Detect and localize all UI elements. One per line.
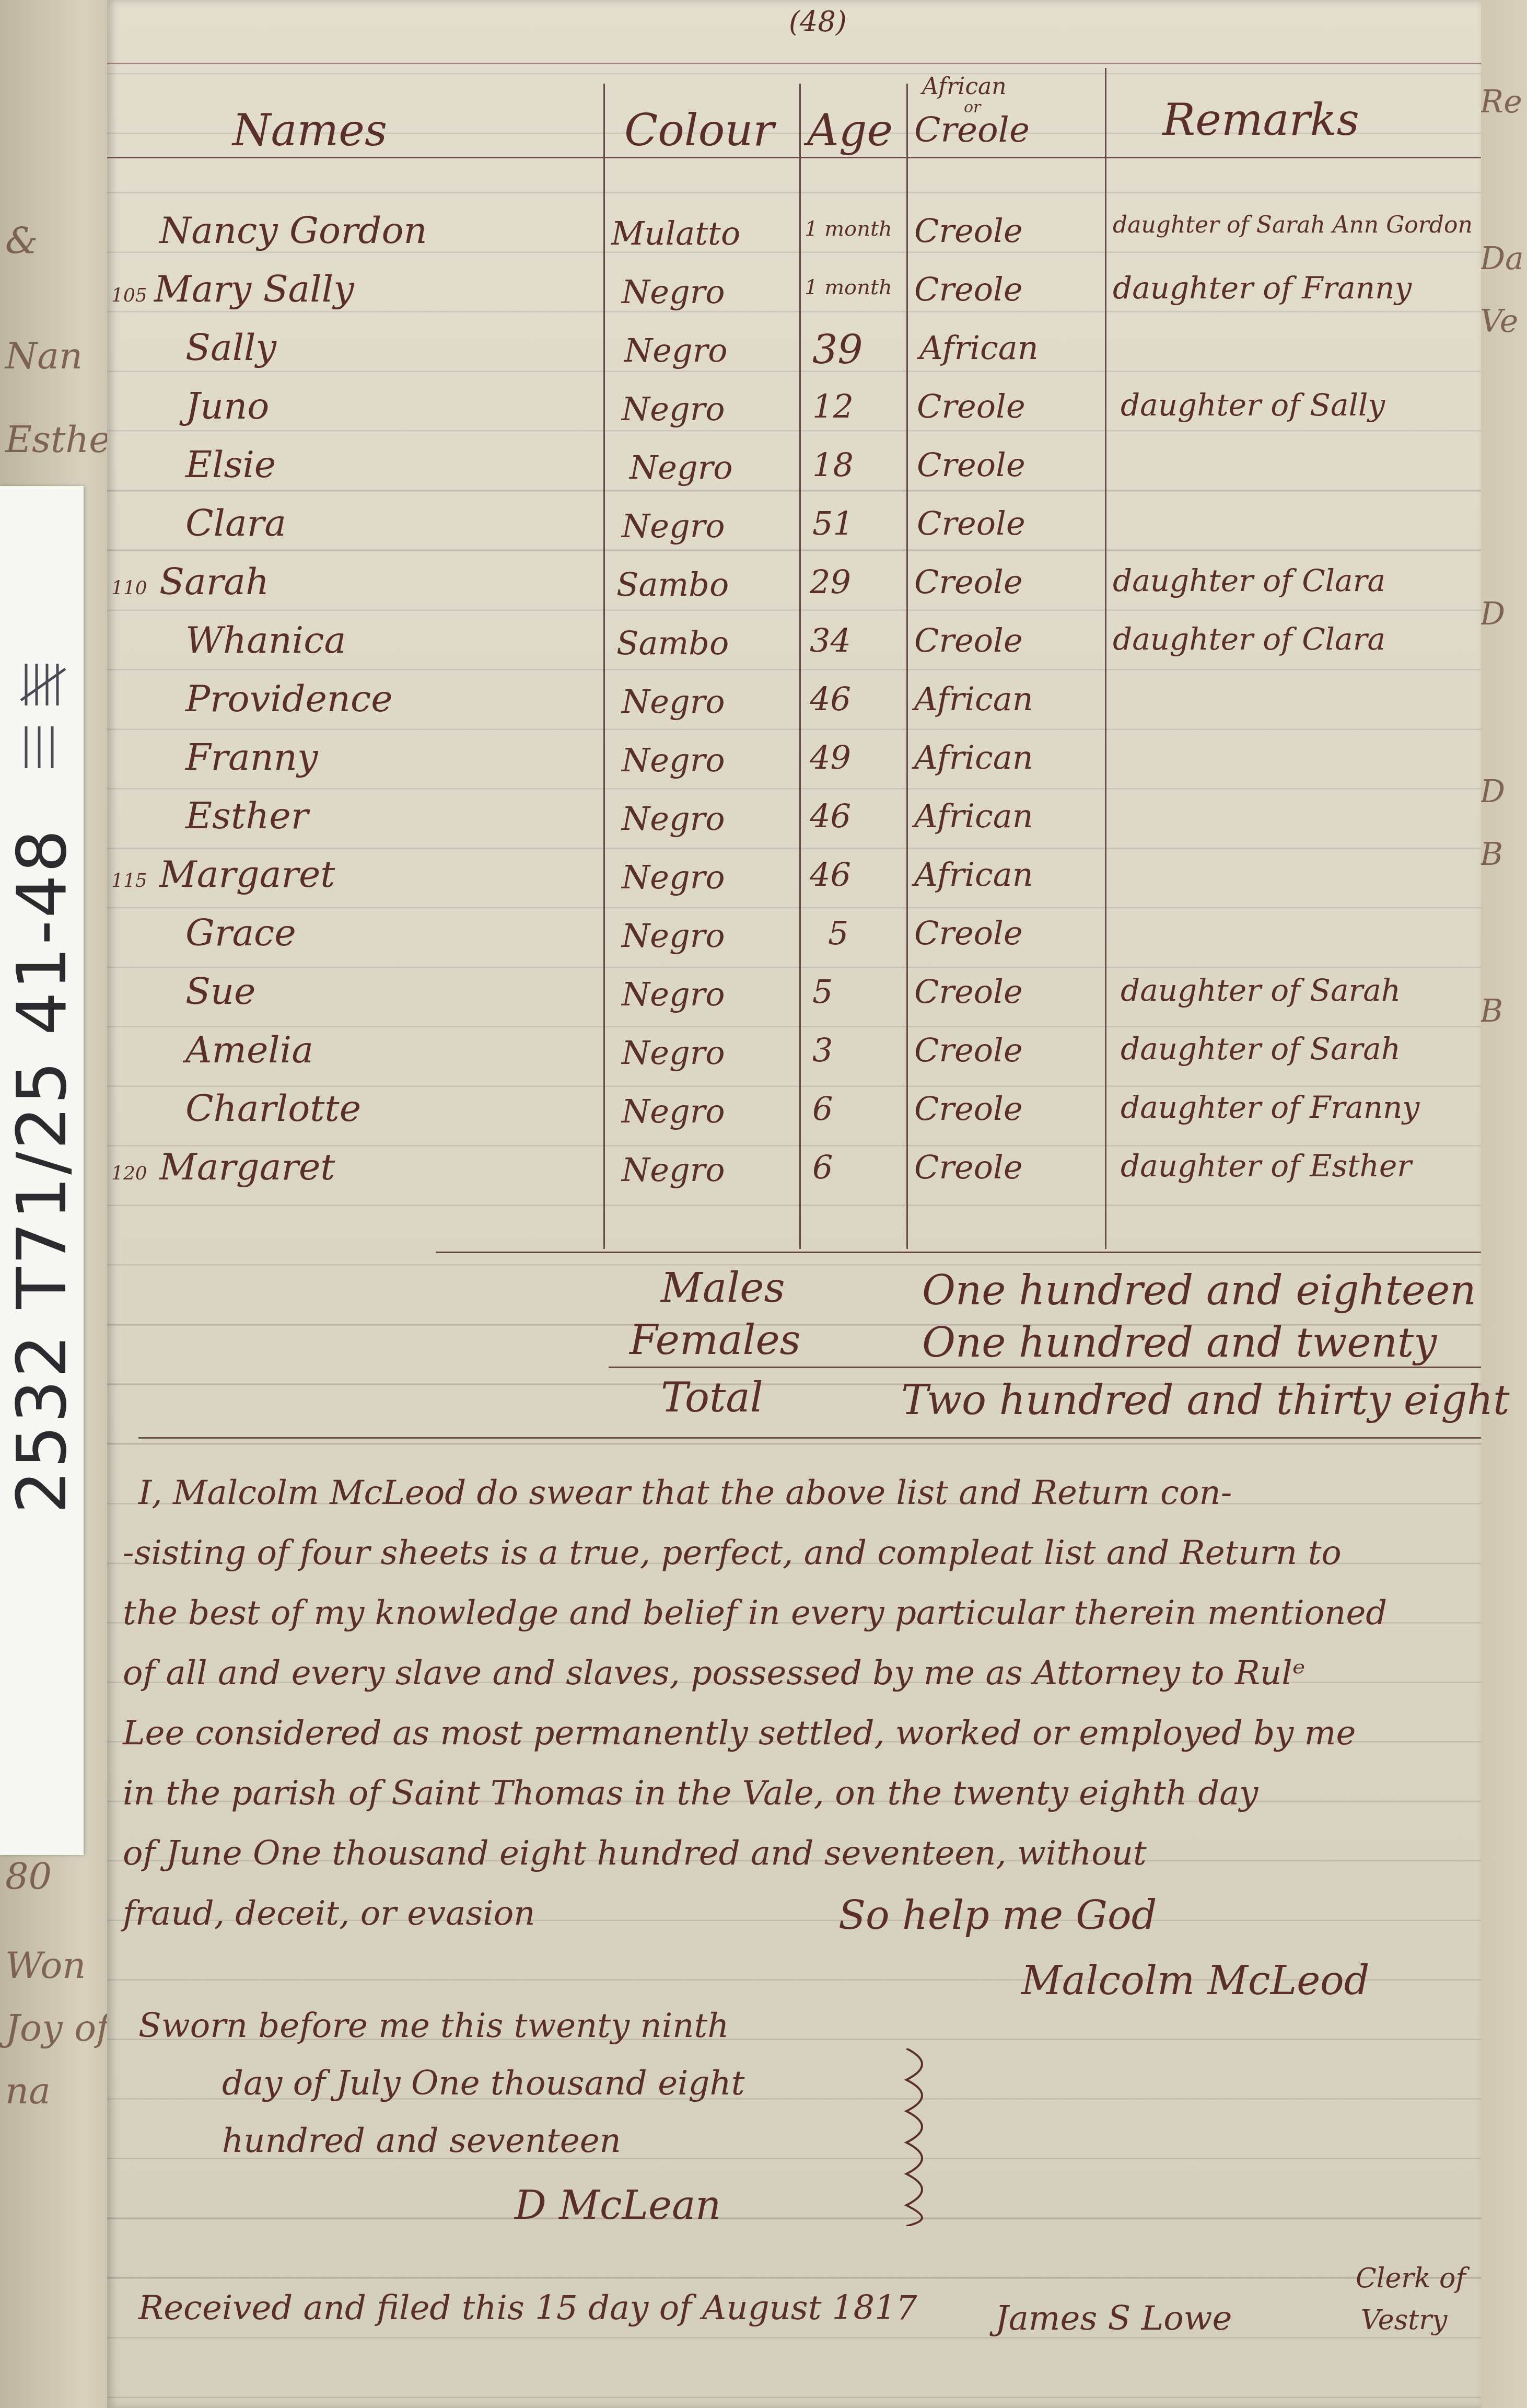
oath-line: I, Malcolm McLeod do swear that the abov… xyxy=(138,1474,1232,1512)
row-origin: Creole xyxy=(914,973,1023,1011)
left-ghost-text: na xyxy=(5,2069,51,2112)
section-divider xyxy=(138,1437,1481,1439)
bracket-flourish-icon xyxy=(901,2048,932,2226)
row-origin: Creole xyxy=(914,1090,1023,1128)
clerk-role-line2: Vestry xyxy=(1361,2305,1447,2336)
row-age: 46 xyxy=(810,680,851,718)
left-ghost-text: Nan xyxy=(5,334,83,377)
row-origin: Creole xyxy=(917,387,1025,425)
total-label: Total xyxy=(661,1374,763,1421)
sworn-signature: D McLean xyxy=(515,2182,721,2228)
row-remark: daughter of Sarah Ann Gordon xyxy=(1113,212,1473,238)
row-remark: daughter of Clara xyxy=(1113,563,1385,598)
row-colour: Negro xyxy=(630,448,733,487)
oath-line: fraud, deceit, or evasion xyxy=(123,1894,535,1933)
row-age: 34 xyxy=(810,621,851,659)
row-origin: Creole xyxy=(914,563,1023,601)
row-number: 105 xyxy=(111,285,147,306)
row-age: 1 month xyxy=(805,217,892,241)
column-header-colour: Colour xyxy=(624,105,774,156)
males-label: Males xyxy=(661,1265,785,1312)
total-value: Two hundred and thirty eight xyxy=(901,1377,1510,1424)
sworn-line: hundred and seventeen xyxy=(222,2122,621,2160)
tally-marks-icon xyxy=(16,658,73,773)
row-age: 29 xyxy=(810,563,851,601)
row-name: Amelia xyxy=(185,1028,313,1071)
oath-closing: So help me God xyxy=(838,1892,1157,1938)
oath-line: of June One thousand eight hundred and s… xyxy=(123,1834,1147,1873)
row-origin: Creole xyxy=(914,1031,1023,1069)
row-age: 6 xyxy=(812,1148,833,1186)
row-number: 110 xyxy=(111,577,147,599)
ledger-page: (48) Names Colour Age African or Creole … xyxy=(107,0,1481,2408)
clerk-role-line1: Clerk of xyxy=(1356,2263,1466,2294)
row-name: Margaret xyxy=(159,1145,335,1188)
right-ghost-text: Re xyxy=(1480,84,1522,120)
row-colour: Negro xyxy=(622,858,725,896)
left-ghost-text: 80 xyxy=(5,1855,52,1898)
row-name: Nancy Gordon xyxy=(159,209,427,252)
left-ghost-text: & xyxy=(5,219,38,262)
row-colour: Negro xyxy=(622,1151,725,1189)
row-remark: daughter of Sarah xyxy=(1121,1031,1401,1067)
right-ghost-text: Da xyxy=(1480,240,1524,277)
sworn-line: Sworn before me this twenty ninth xyxy=(138,2007,729,2045)
row-colour: Negro xyxy=(622,273,725,311)
column-header-african: African xyxy=(922,73,1007,100)
row-name: Charlotte xyxy=(185,1087,361,1130)
females-value: One hundred and twenty xyxy=(922,1319,1437,1367)
oath-line: the best of my knowledge and belief in e… xyxy=(123,1594,1387,1633)
row-age: 6 xyxy=(812,1090,833,1128)
row-origin: Creole xyxy=(914,212,1023,250)
left-ghost-text: Joy of xyxy=(5,2007,110,2050)
column-header-age: Age xyxy=(807,105,893,156)
row-name: Elsie xyxy=(185,443,276,486)
filed-signature: James S Lowe xyxy=(995,2299,1232,2338)
oath-line: in the parish of Saint Thomas in the Val… xyxy=(123,1774,1258,1813)
row-remark: daughter of Sally xyxy=(1121,387,1385,423)
row-origin: African xyxy=(914,797,1033,835)
row-colour: Negro xyxy=(622,917,725,955)
row-name: Franny xyxy=(185,736,318,779)
row-origin: African xyxy=(914,855,1033,894)
filed-text: Received and filed this 15 day of August… xyxy=(138,2289,917,2328)
row-colour: Negro xyxy=(624,331,728,369)
row-colour: Negro xyxy=(622,1092,725,1130)
row-name: Juno xyxy=(185,385,269,427)
row-origin: African xyxy=(914,738,1033,777)
page-number: (48) xyxy=(789,5,847,38)
sworn-line: day of July One thousand eight xyxy=(222,2064,744,2103)
row-number: 115 xyxy=(111,870,147,892)
males-value: One hundred and eighteen xyxy=(922,1267,1476,1314)
row-origin: Creole xyxy=(914,270,1023,308)
column-header-creole: Creole xyxy=(914,110,1030,150)
oath-line: Lee considered as most permanently settl… xyxy=(123,1714,1356,1753)
oath-line: -sisting of four sheets is a true, perfe… xyxy=(123,1534,1342,1572)
row-name: Whanica xyxy=(185,619,346,662)
row-origin: African xyxy=(919,329,1039,367)
right-ghost-text: Ve xyxy=(1480,303,1518,340)
right-ghost-text: B xyxy=(1480,836,1503,873)
left-ghost-text: Won xyxy=(5,1944,86,1987)
header-top-rule xyxy=(107,63,1481,64)
row-age: 18 xyxy=(812,446,854,484)
row-colour: Sambo xyxy=(616,624,729,662)
column-divider xyxy=(603,84,605,1249)
row-name: Sue xyxy=(185,970,255,1013)
row-colour: Negro xyxy=(622,390,725,428)
row-remark: daughter of Franny xyxy=(1113,270,1412,306)
row-number: 120 xyxy=(111,1163,147,1184)
row-colour: Negro xyxy=(622,975,725,1013)
row-age: 46 xyxy=(810,855,851,894)
totals-rule xyxy=(609,1367,1481,1368)
row-age: 39 xyxy=(812,326,863,373)
females-label: Females xyxy=(630,1317,801,1364)
row-age: 46 xyxy=(810,797,851,835)
column-header-remarks: Remarks xyxy=(1162,94,1359,145)
row-name: Sally xyxy=(185,326,276,369)
oath-signature: Malcolm McLeod xyxy=(1021,1957,1370,2004)
row-age: 49 xyxy=(810,738,851,777)
row-colour: Sambo xyxy=(616,565,729,604)
archive-reference: 2532 T71/25 41-48 xyxy=(2,827,81,1513)
column-divider xyxy=(799,84,801,1249)
row-name: Grace xyxy=(185,911,296,954)
column-header-names: Names xyxy=(232,105,387,156)
row-age: 12 xyxy=(812,387,854,425)
row-remark: daughter of Clara xyxy=(1113,621,1385,657)
column-divider xyxy=(906,84,908,1249)
right-ghost-text: D xyxy=(1480,596,1505,632)
row-colour: Negro xyxy=(622,507,725,545)
right-ghost-text: B xyxy=(1480,993,1503,1029)
row-age: 5 xyxy=(828,914,848,952)
column-divider xyxy=(1105,68,1106,1249)
header-bottom-rule xyxy=(107,157,1481,158)
row-name: Providence xyxy=(185,677,393,720)
row-colour: Mulatto xyxy=(611,214,740,252)
row-remark: daughter of Sarah xyxy=(1121,973,1401,1008)
row-name: Esther xyxy=(185,794,308,837)
row-remark: daughter of Franny xyxy=(1121,1090,1419,1125)
row-age: 51 xyxy=(812,504,854,542)
row-name: Margaret xyxy=(159,853,335,896)
row-origin: Creole xyxy=(914,914,1023,952)
row-remark: daughter of Esther xyxy=(1121,1148,1412,1184)
archive-reference-tag: 2532 T71/25 41-48 xyxy=(0,486,84,1855)
row-name: Mary Sally xyxy=(154,268,354,310)
row-origin: Creole xyxy=(914,621,1023,659)
row-origin: African xyxy=(914,680,1033,718)
row-age: 1 month xyxy=(805,275,892,299)
table-bottom-rule xyxy=(436,1252,1481,1253)
row-colour: Negro xyxy=(622,1034,725,1072)
row-name: Clara xyxy=(185,502,286,545)
row-name: Sarah xyxy=(159,560,269,603)
row-origin: Creole xyxy=(917,504,1025,542)
row-colour: Negro xyxy=(622,800,725,838)
row-origin: Creole xyxy=(917,446,1025,484)
row-age: 5 xyxy=(812,973,833,1011)
row-origin: Creole xyxy=(914,1148,1023,1186)
row-colour: Negro xyxy=(622,741,725,779)
right-ghost-text: D xyxy=(1480,773,1505,810)
row-age: 3 xyxy=(812,1031,833,1069)
row-colour: Negro xyxy=(622,682,725,721)
oath-line: of all and every slave and slaves, posse… xyxy=(123,1654,1305,1693)
